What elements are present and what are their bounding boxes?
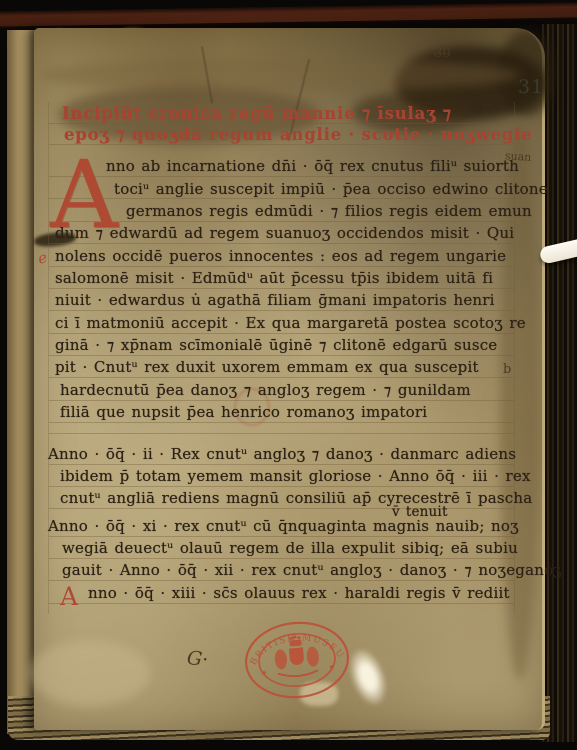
manuscript-line: tociᵘ anglie suscepit impiū · p̄ea occis…: [114, 180, 548, 198]
ruling-vertical-left: [48, 102, 49, 614]
manuscript-line: ci ī matmoniū accepit · Ex qua margaretā…: [55, 314, 526, 332]
ruling-line: [49, 422, 514, 423]
manuscript-line: hardecnutū p̄ea danoʒ ⁊ angloʒ regem · ⁊…: [60, 381, 471, 399]
ruling-line: [49, 433, 514, 434]
crest-scroll: [278, 670, 318, 677]
rubric-line-1: Incipiūt cronica regū mannie ⁊ īsulaʒ ⁊: [62, 104, 452, 123]
crest-supporter-left: [274, 649, 288, 670]
folio-number: 31: [518, 76, 544, 98]
ruling-line: [49, 464, 514, 465]
manuscript-line: Anno · ōq̄ · xi · rex cnutᵘ cū q̄nquagin…: [48, 517, 519, 535]
manuscript-line: dum ⁊ edwardū ad regem suanuoʒ occidendo…: [55, 224, 514, 242]
manuscript-line: nno ab incarnatione dn̄i · ōq̄ rex cnutu…: [106, 157, 519, 175]
ruling-line: [49, 243, 514, 244]
ruling-line: [49, 536, 514, 537]
manuscript-line: ibidem p̄ totam yemem mansit gloriose · …: [60, 467, 531, 485]
manuscript-line: pit · Cnutᵘ rex duxit uxorem emmam ex qu…: [55, 358, 479, 376]
british-museum-stamp: BRITISH MUSEUM: [237, 609, 357, 710]
crest-crown: [289, 640, 301, 647]
ruling-line: [49, 266, 514, 267]
ruling-line: [49, 400, 514, 401]
ruling-line: [49, 288, 514, 289]
ruling-line: [49, 310, 514, 311]
manuscript-line: nno · ōq̄ · xiii · sc̄s olauus rex · har…: [88, 584, 510, 602]
ruling-line: [49, 198, 514, 199]
manuscript-line: wegiā deuectᵘ olauū regem de illa expuli…: [62, 539, 518, 557]
manuscript-line: filiā que nupsit p̄ea henrico romanoʒ im…: [60, 403, 427, 421]
book-cover-edge: [0, 2, 577, 28]
ruling-line: [49, 355, 514, 356]
minor-initial-A: A: [60, 582, 78, 611]
old-foliation: 30: [434, 46, 451, 62]
manuscript-photograph: Incipiūt cronica regū mannie ⁊ īsulaʒ ⁊ …: [0, 0, 577, 750]
ruling-line: [49, 221, 514, 222]
ruling-line: [49, 603, 514, 604]
ruling-vertical-right: [514, 102, 515, 614]
flyleaf-gutter-strip: [7, 30, 37, 734]
manuscript-line: Anno · ōq̄ · ii · Rex cnutᵘ angloʒ ⁊ dan…: [48, 445, 516, 463]
stain-top-band: [40, 58, 520, 92]
ruling-line: [49, 333, 514, 334]
ruling-line: [49, 558, 514, 559]
manuscript-line: gauit · Anno · ōq̄ · xii · rex cnutᵘ ang…: [62, 561, 562, 579]
manuscript-line: nolens occidē pueros innocentes : eos ad…: [55, 247, 506, 265]
margin-note-b: b: [503, 362, 511, 377]
rubric-line-2: epoʒ ⁊ quoʒdā regum anglie · scotie · no…: [64, 125, 533, 144]
manuscript-line: cnutᵘ angliā rediens magnū consiliū ap̄ …: [60, 489, 532, 507]
manuscript-line: germanos regis edmūdi · ⁊ filios regis e…: [126, 202, 532, 220]
ruling-line: [49, 144, 514, 145]
ruling-line: [49, 580, 514, 581]
ruling-line: [49, 176, 514, 177]
crest-shield: [289, 647, 304, 665]
manuscript-line: ginā · ⁊ xp̄nam scīmonialē ūginē ⁊ clito…: [55, 336, 497, 354]
margin-note-suan: suan: [505, 149, 532, 164]
page-stack-fore-edge: [541, 24, 577, 742]
ruling-line: [49, 123, 514, 124]
stain-bottom-left-light: [30, 640, 150, 706]
ruling-line: [49, 377, 514, 378]
manuscript-line: niuit · edwardus u̇ agathā filiam ḡmani …: [55, 291, 495, 309]
manuscript-line: salomonē misit · Edmūdᵘ aūt p̄cessu tp̄i…: [55, 269, 493, 287]
annotation-g: G·: [186, 647, 209, 671]
crest-supporter-right: [306, 646, 320, 667]
ruling-line: [49, 486, 514, 487]
